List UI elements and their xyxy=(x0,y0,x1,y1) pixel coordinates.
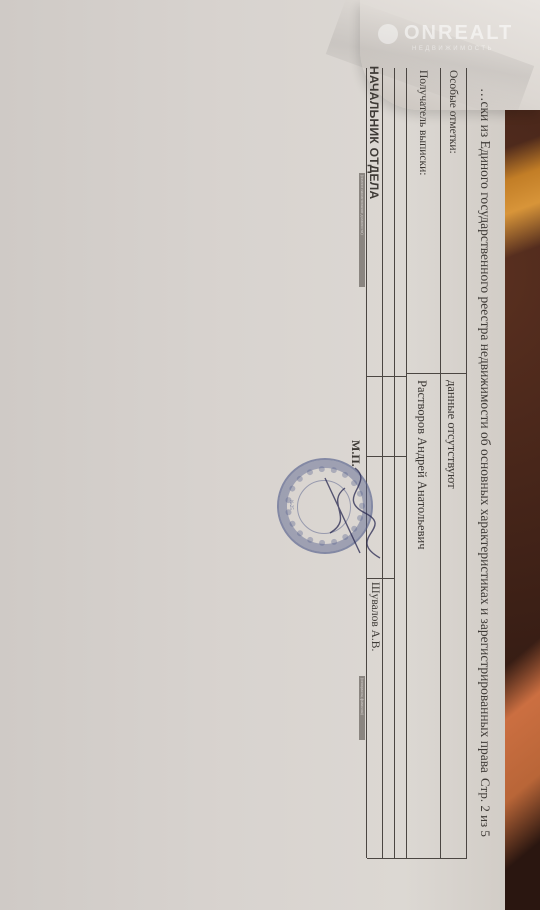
recipient-label: Получатель выписки: xyxy=(417,70,429,175)
watermark-logo-icon xyxy=(378,24,398,44)
table-divider xyxy=(406,68,407,858)
recipient-value: Растворов Андрей Анатольевич xyxy=(414,380,429,549)
table-border-right xyxy=(367,858,467,859)
document-title: …ски из Единого государственного реестра… xyxy=(477,88,493,773)
column-divider xyxy=(407,373,441,374)
registry-extract-page: …ски из Единого государственного реестра… xyxy=(85,88,505,868)
watermark-brand: ONREALT xyxy=(404,22,513,45)
column-divider xyxy=(367,376,407,377)
special-notes-value: данные отсутствуют xyxy=(444,380,459,489)
page-indicator: Стр. 2 из 5 xyxy=(477,778,493,837)
column-divider xyxy=(367,578,395,579)
signer-name: Шувалов А.В. xyxy=(369,582,381,651)
column-divider xyxy=(367,456,407,457)
table-divider xyxy=(440,68,441,858)
special-notes-label: Особые отметки: xyxy=(447,70,459,154)
handwritten-signature xyxy=(305,458,395,568)
signer-caption: (инициалы, фамилия) xyxy=(359,676,365,740)
position-caption: (полное наименование должности) xyxy=(359,173,365,287)
table-border-top xyxy=(466,68,467,858)
signer-position: НАЧАЛЬНИК ОТДЕЛА xyxy=(367,66,381,199)
watermark-subtitle: НЕДВИЖИМОСТЬ xyxy=(412,46,494,52)
stamp-number: №25 xyxy=(288,500,293,510)
column-divider xyxy=(437,373,467,374)
